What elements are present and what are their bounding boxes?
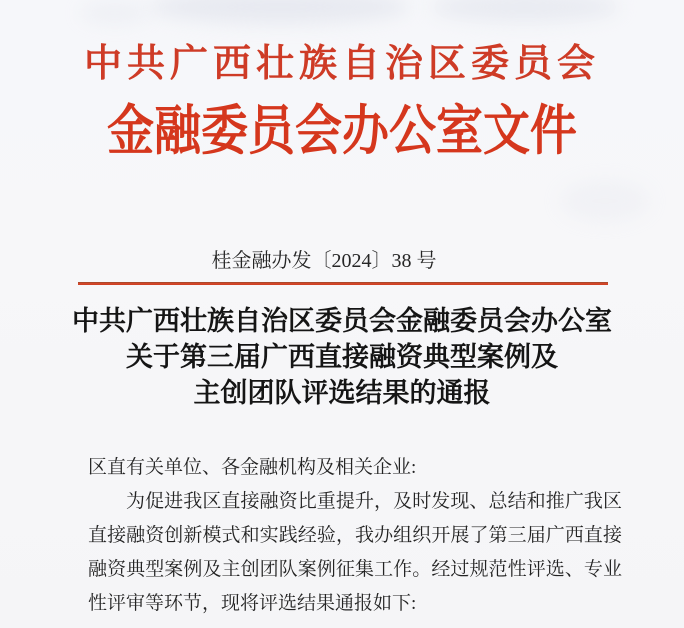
notice-title-line-3: 主创团队评选结果的通报 bbox=[0, 375, 684, 411]
bleedthrough-smudge bbox=[80, 2, 150, 24]
document-type-banner: 金融委员会办公室文件 bbox=[44, 96, 639, 166]
scanned-official-document: 中共广西壮族自治区委员会 金融委员会办公室文件 桂金融办发〔2024〕38 号 … bbox=[0, 0, 684, 628]
issuing-organization-name: 中共广西壮族自治区委员会 bbox=[0, 40, 684, 88]
notice-title: 中共广西壮族自治区委员会金融委员会办公室 关于第三届广西直接融资典型案例及 主创… bbox=[0, 303, 684, 411]
bleedthrough-smudge bbox=[430, 0, 620, 22]
bleedthrough-smudge bbox=[560, 180, 650, 222]
paragraph-line: 为促进我区直接融资比重提升，及时发现、总结和推广我区 bbox=[88, 485, 622, 519]
paragraph-line: 性评审等环节，现将评选结果通报如下: bbox=[88, 587, 622, 621]
red-separator-rule bbox=[78, 282, 608, 285]
paragraph-line: 融资典型案例及主创团队案例征集工作。经过规范性评选、专业 bbox=[88, 553, 622, 587]
notice-title-line-2: 关于第三届广西直接融资典型案例及 bbox=[0, 339, 684, 375]
bleedthrough-smudge bbox=[150, 0, 410, 24]
reference-number: 桂金融办发〔2024〕38 号 bbox=[0, 248, 666, 274]
salutation: 区直有关单位、各金融机构及相关企业: bbox=[88, 451, 622, 485]
notice-title-line-1: 中共广西壮族自治区委员会金融委员会办公室 bbox=[0, 303, 684, 339]
document-body: 区直有关单位、各金融机构及相关企业: 为促进我区直接融资比重提升，及时发现、总结… bbox=[88, 451, 622, 621]
paragraph-line: 直接融资创新模式和实践经验，我办组织开展了第三届广西直接 bbox=[88, 519, 622, 553]
